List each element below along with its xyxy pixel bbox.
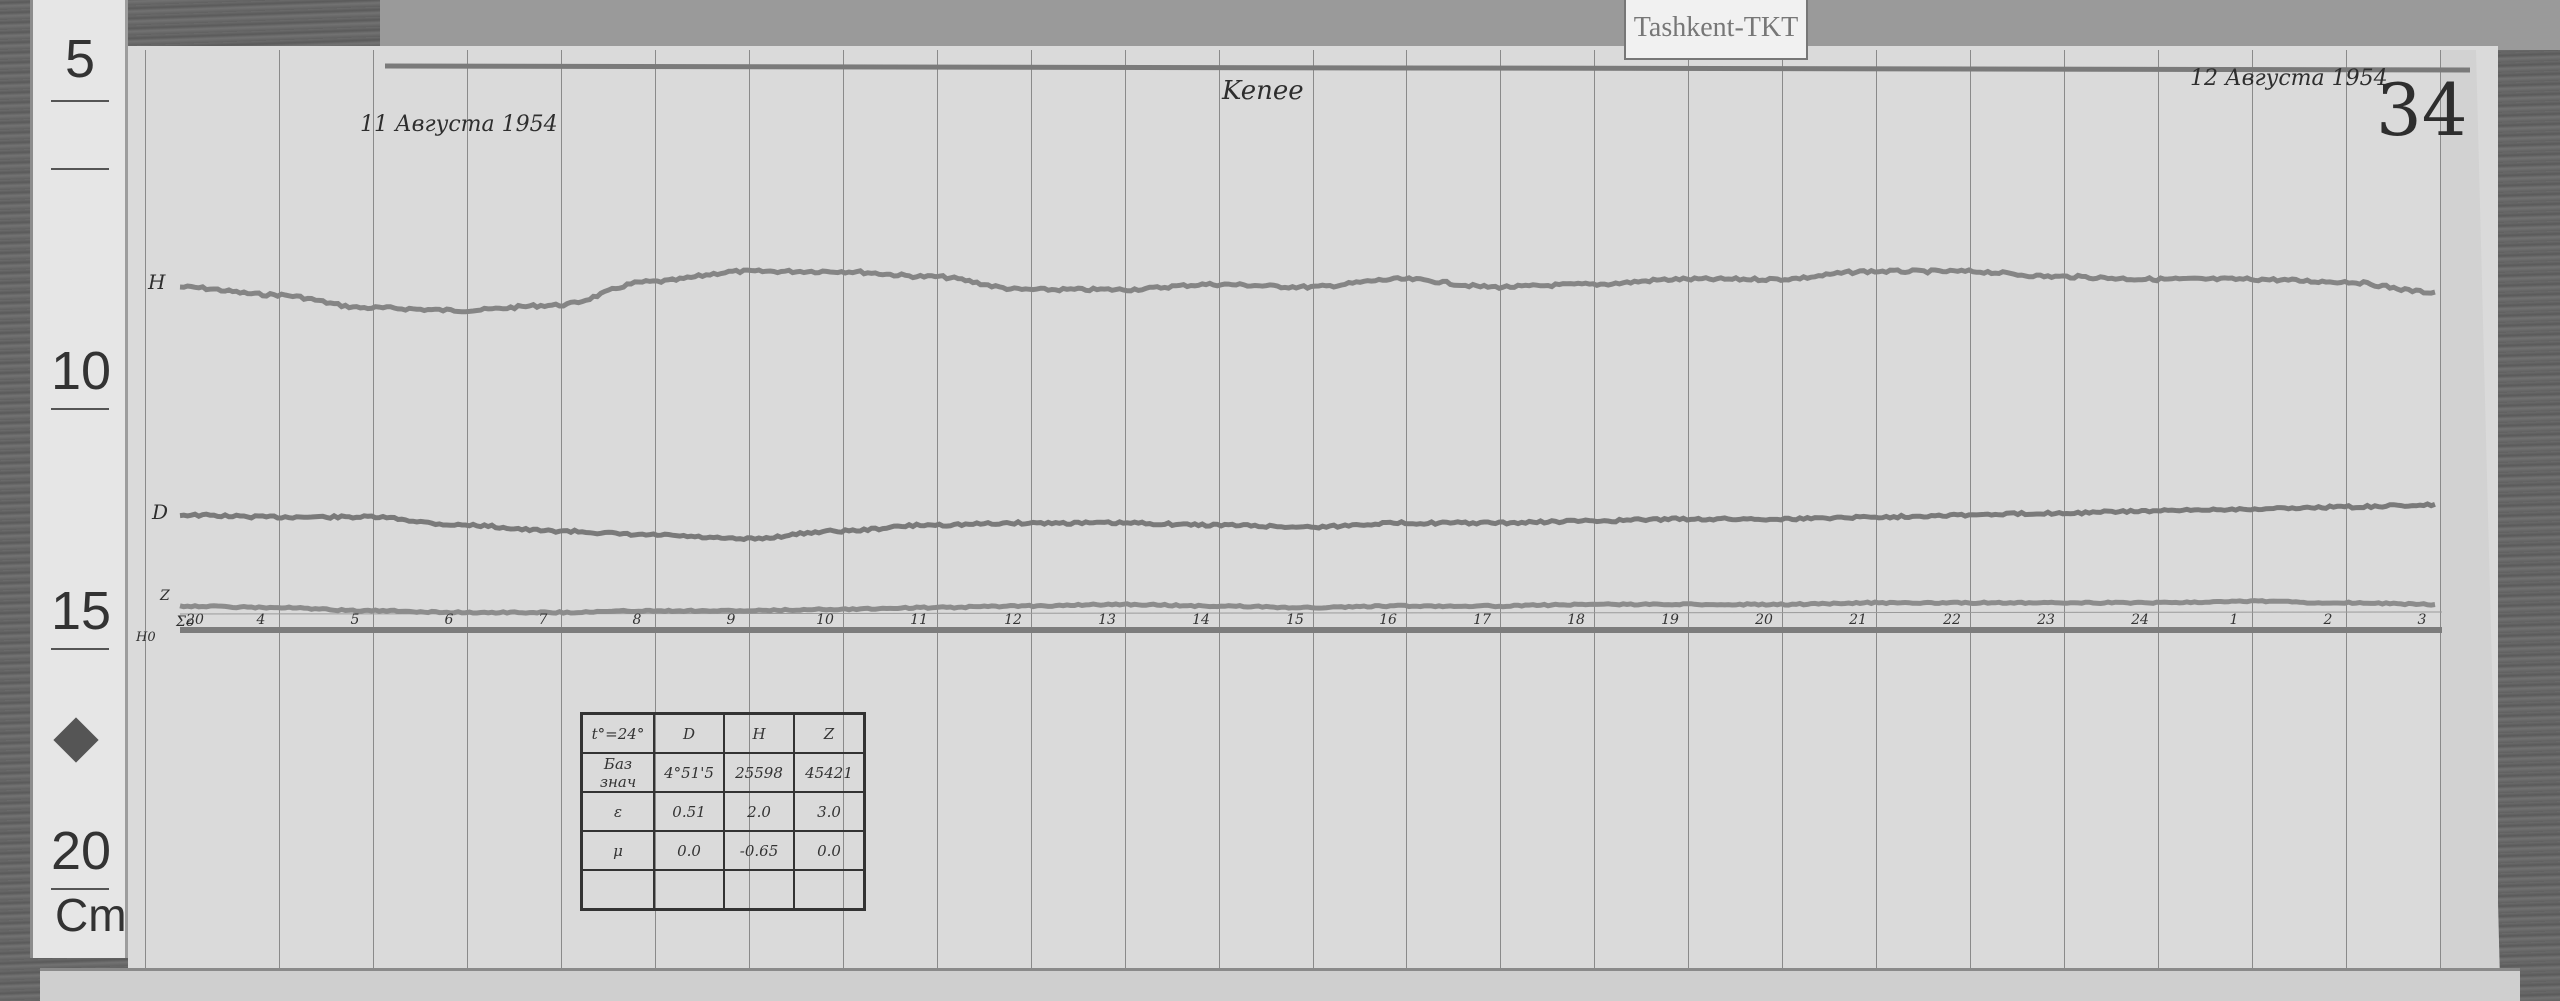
table-row: ε 0.51 2.0 3.0 (582, 792, 865, 831)
table-cell: 0.0 (794, 831, 865, 870)
time-axis-label: 20 (186, 612, 204, 628)
time-axis-label: 2 (2324, 612, 2333, 628)
table-cell: 0.0 (654, 831, 724, 870)
time-axis-label: 14 (1192, 612, 1210, 628)
top-binding-line (385, 66, 2470, 70)
table-cell: 0.51 (654, 792, 724, 831)
trace-label-h: H (148, 270, 165, 294)
table-row: μ 0.0 -0.65 0.0 (582, 831, 865, 870)
trace-z (180, 601, 2435, 614)
table-header-row: t°=24° D H Z (582, 714, 865, 754)
time-axis-label: 1 (2230, 612, 2239, 628)
ruler-divider (51, 648, 109, 650)
table-cell: H (724, 714, 794, 754)
time-axis-label: 18 (1567, 612, 1585, 628)
trace-d (180, 504, 2435, 540)
time-axis-label: 19 (1661, 612, 1679, 628)
time-axis-label: 7 (539, 612, 548, 628)
table-cell: Z (794, 714, 865, 754)
time-axis-label: 8 (633, 612, 642, 628)
ruler-divider (51, 168, 109, 170)
table-cell (724, 870, 794, 910)
ruler-mark-15: 15 (51, 580, 109, 642)
trace-label-z: Z (160, 588, 170, 604)
ruler-divider (51, 408, 109, 410)
ruler-mark-5: 5 (51, 28, 109, 90)
table-cell: -0.65 (724, 831, 794, 870)
magnetogram-traces (0, 0, 2560, 1001)
time-axis-label: 10 (816, 612, 834, 628)
time-axis-label: 13 (1098, 612, 1116, 628)
table-cell (794, 870, 865, 910)
time-axis-label: 16 (1379, 612, 1397, 628)
table-cell: D (654, 714, 724, 754)
time-axis-label: 17 (1473, 612, 1491, 628)
table-row (582, 870, 865, 910)
station-tag: Tashkent-TKT (1624, 0, 1808, 60)
trace-h (180, 270, 2435, 312)
time-axis-label: 21 (1849, 612, 1867, 628)
time-axis-label: 12 (1004, 612, 1022, 628)
table-cell: 25598 (724, 753, 794, 792)
date-right: 12 Августа 1954 (2190, 66, 2388, 91)
ruler-divider (51, 100, 109, 102)
table-cell: t°=24° (582, 714, 655, 754)
table-cell: 3.0 (794, 792, 865, 831)
table-cell (582, 870, 655, 910)
table-cell: 4°51'5 (654, 753, 724, 792)
sheet-number: 34 (2376, 68, 2468, 152)
time-axis-label: 4 (257, 612, 266, 628)
time-axis-label: 15 (1286, 612, 1304, 628)
time-axis-label: 3 (2418, 612, 2427, 628)
ruler-unit: Cm (55, 888, 127, 942)
table-cell: 2.0 (724, 792, 794, 831)
time-axis-label: 24 (2131, 612, 2149, 628)
time-axis-label: 9 (727, 612, 736, 628)
station-tag-text: Tashkent-TKT (1626, 12, 1806, 44)
ruler-mark-10: 10 (51, 340, 109, 402)
time-axis-label: 23 (2037, 612, 2055, 628)
date-left: 11 Августа 1954 (360, 112, 558, 137)
time-axis-label: 22 (1943, 612, 1961, 628)
time-axis-label: 5 (351, 612, 360, 628)
table-cell: μ (582, 831, 655, 870)
table-cell (654, 870, 724, 910)
trace-label-d: D (152, 500, 168, 524)
chart-title: Kenee (1222, 76, 1304, 106)
time-axis-label: 11 (910, 612, 928, 628)
parameter-table: t°=24° D H Z Баз знач 4°51'5 25598 45421… (580, 712, 866, 911)
time-axis-label: 20 (1755, 612, 1773, 628)
table-row: Баз знач 4°51'5 25598 45421 (582, 753, 865, 792)
table-cell: 45421 (794, 753, 865, 792)
time-axis-label: 6 (445, 612, 454, 628)
ruler-mark-20: 20 (51, 820, 109, 882)
baseline-left-mark: H0 (136, 630, 156, 645)
table-cell: Баз знач (582, 753, 655, 792)
bottom-strip (40, 968, 2520, 1001)
table-cell: ε (582, 792, 655, 831)
centimeter-ruler: 5 10 15 20 Cm (30, 0, 128, 958)
